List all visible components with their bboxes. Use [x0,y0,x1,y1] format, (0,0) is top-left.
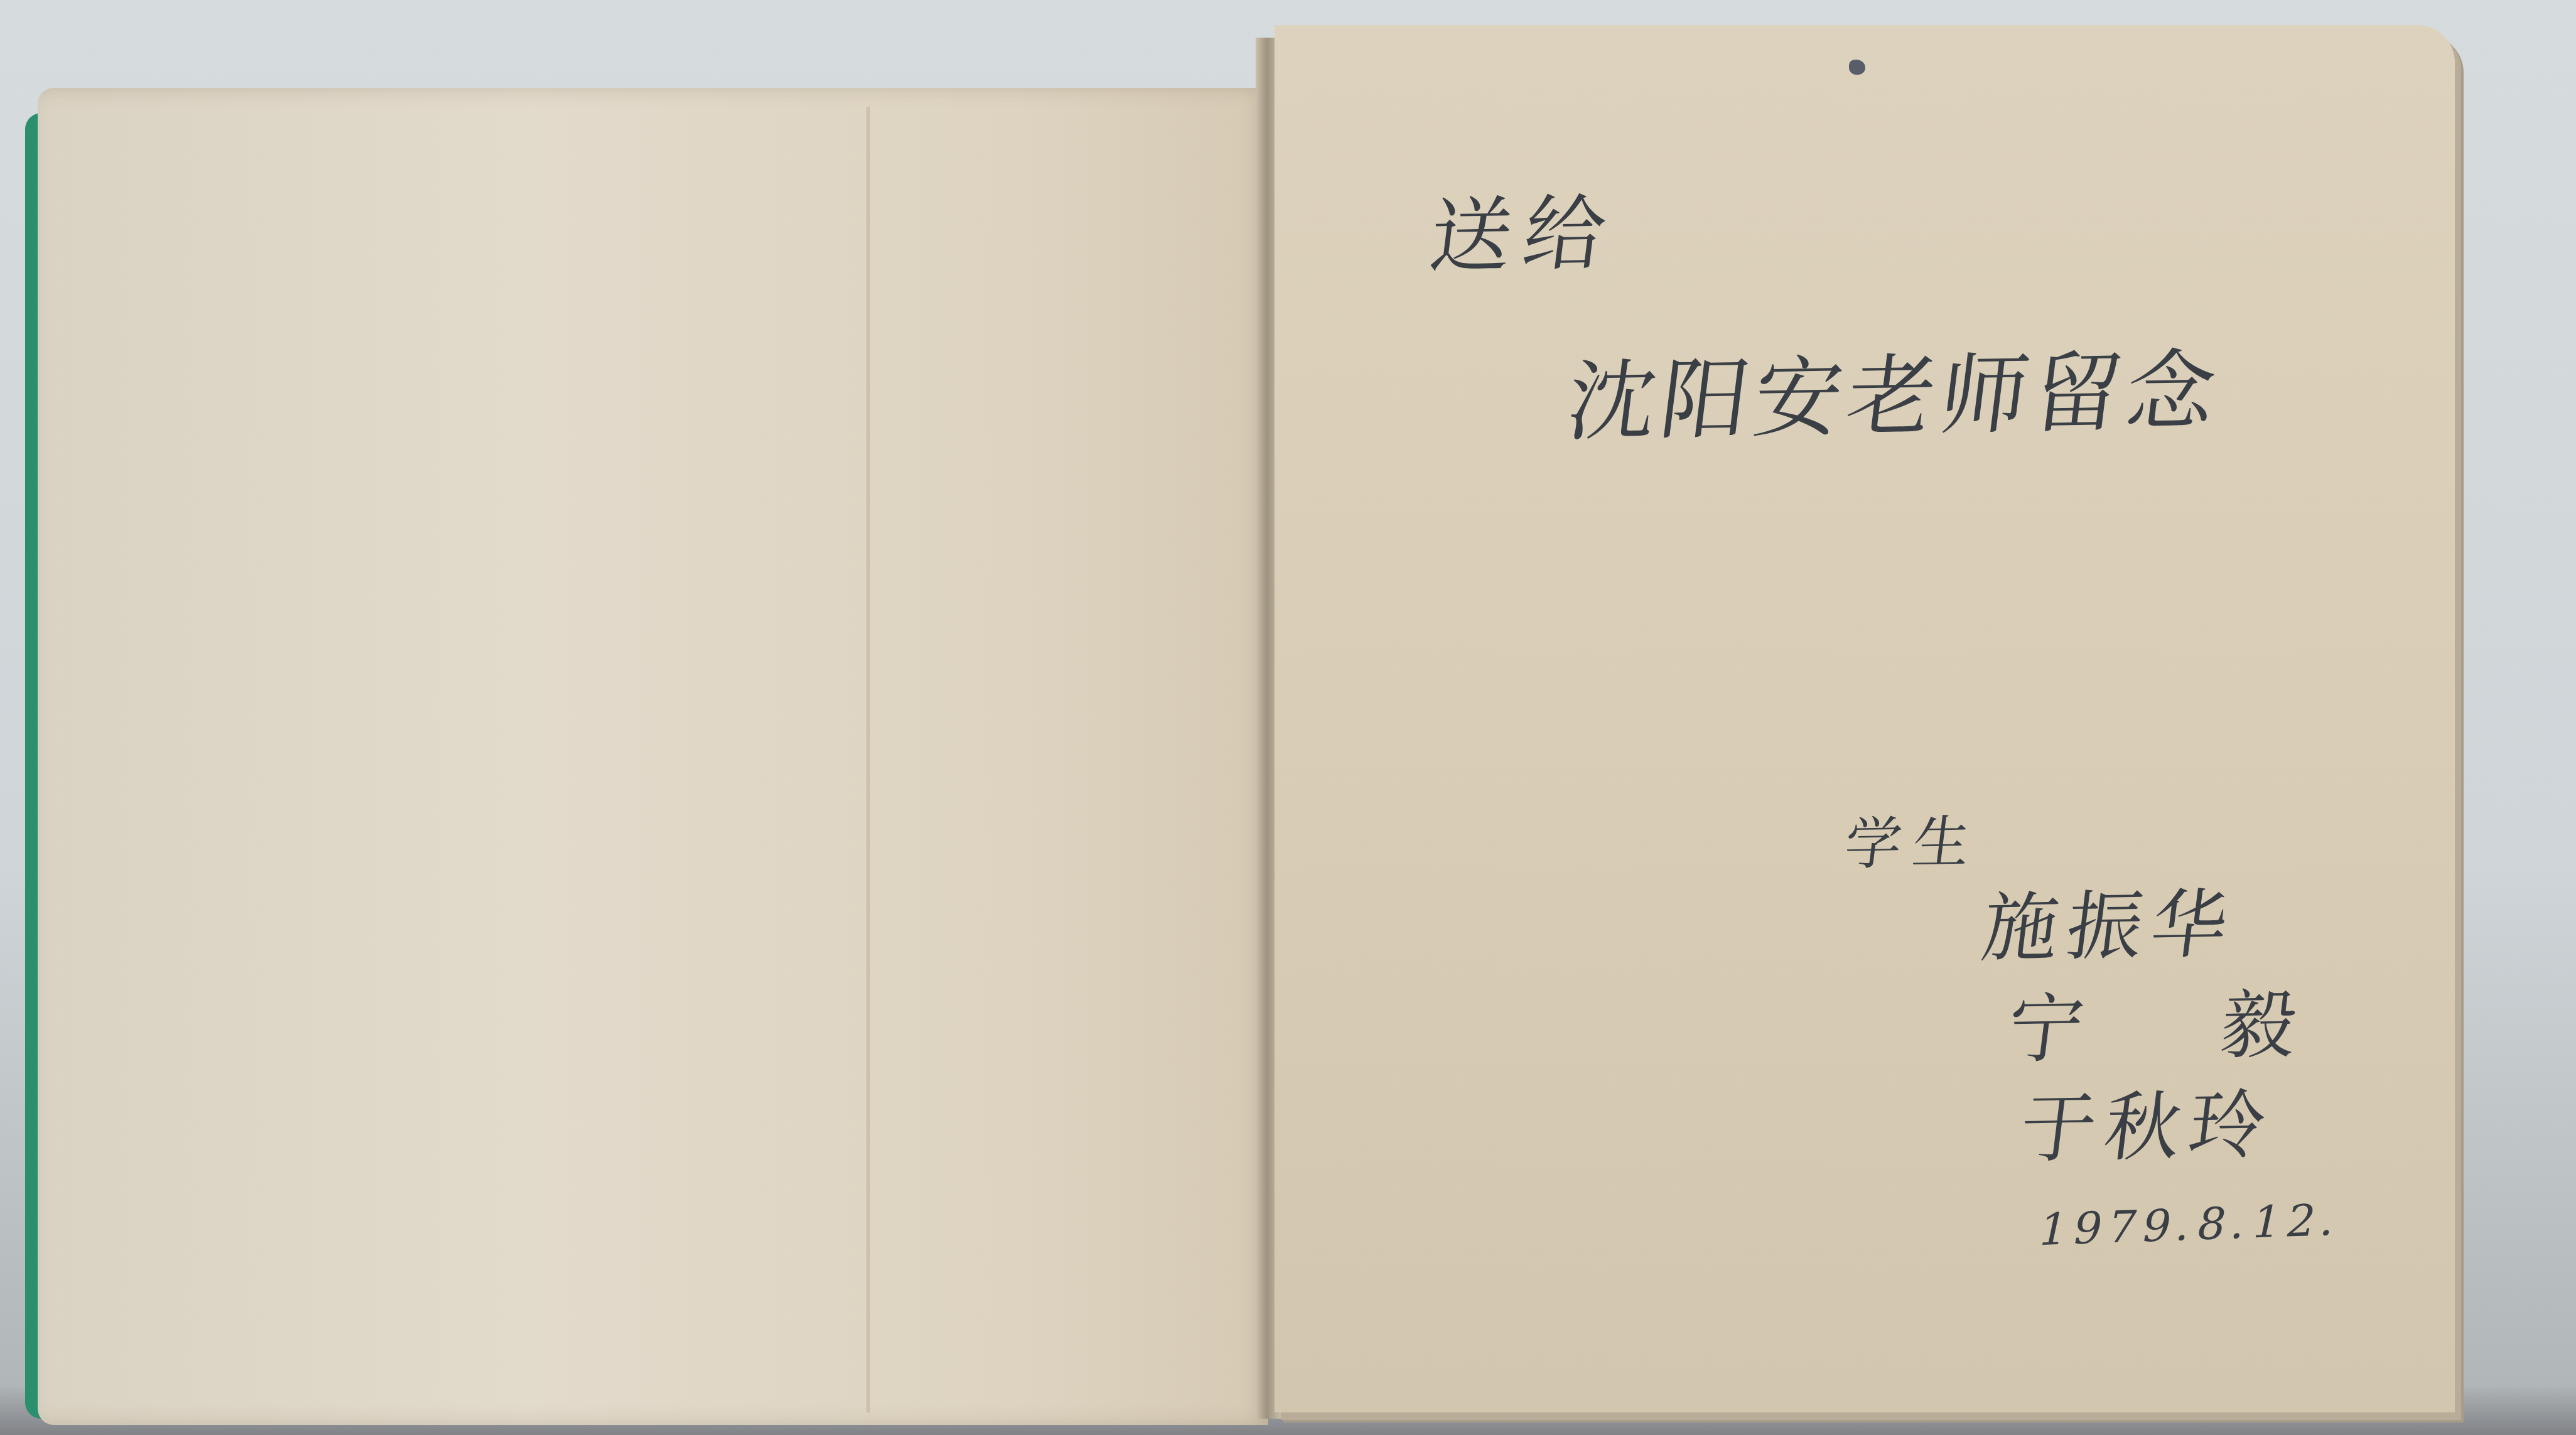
ink-blot-mark [1849,60,1865,75]
dedication-recipient: 沈阳安老师留念 [1561,321,2228,458]
dedication-date: 1979.8.12. [2034,1194,2347,1256]
left-endpaper-page [38,88,1268,1425]
signer-name: 施振华 [1977,864,2243,977]
dedication-greeting: 送给 [1424,168,1625,288]
signer-name: 于秋玲 [2015,1065,2281,1178]
signer-name: 宁 毅 [2002,964,2361,1078]
student-label: 学生 [1841,796,1986,880]
photo-scene: 送给 沈阳安老师留念 学生 施振华 宁 毅 于秋玲 1979.8.12. [0,0,2576,1435]
page-fold-line [866,107,870,1412]
